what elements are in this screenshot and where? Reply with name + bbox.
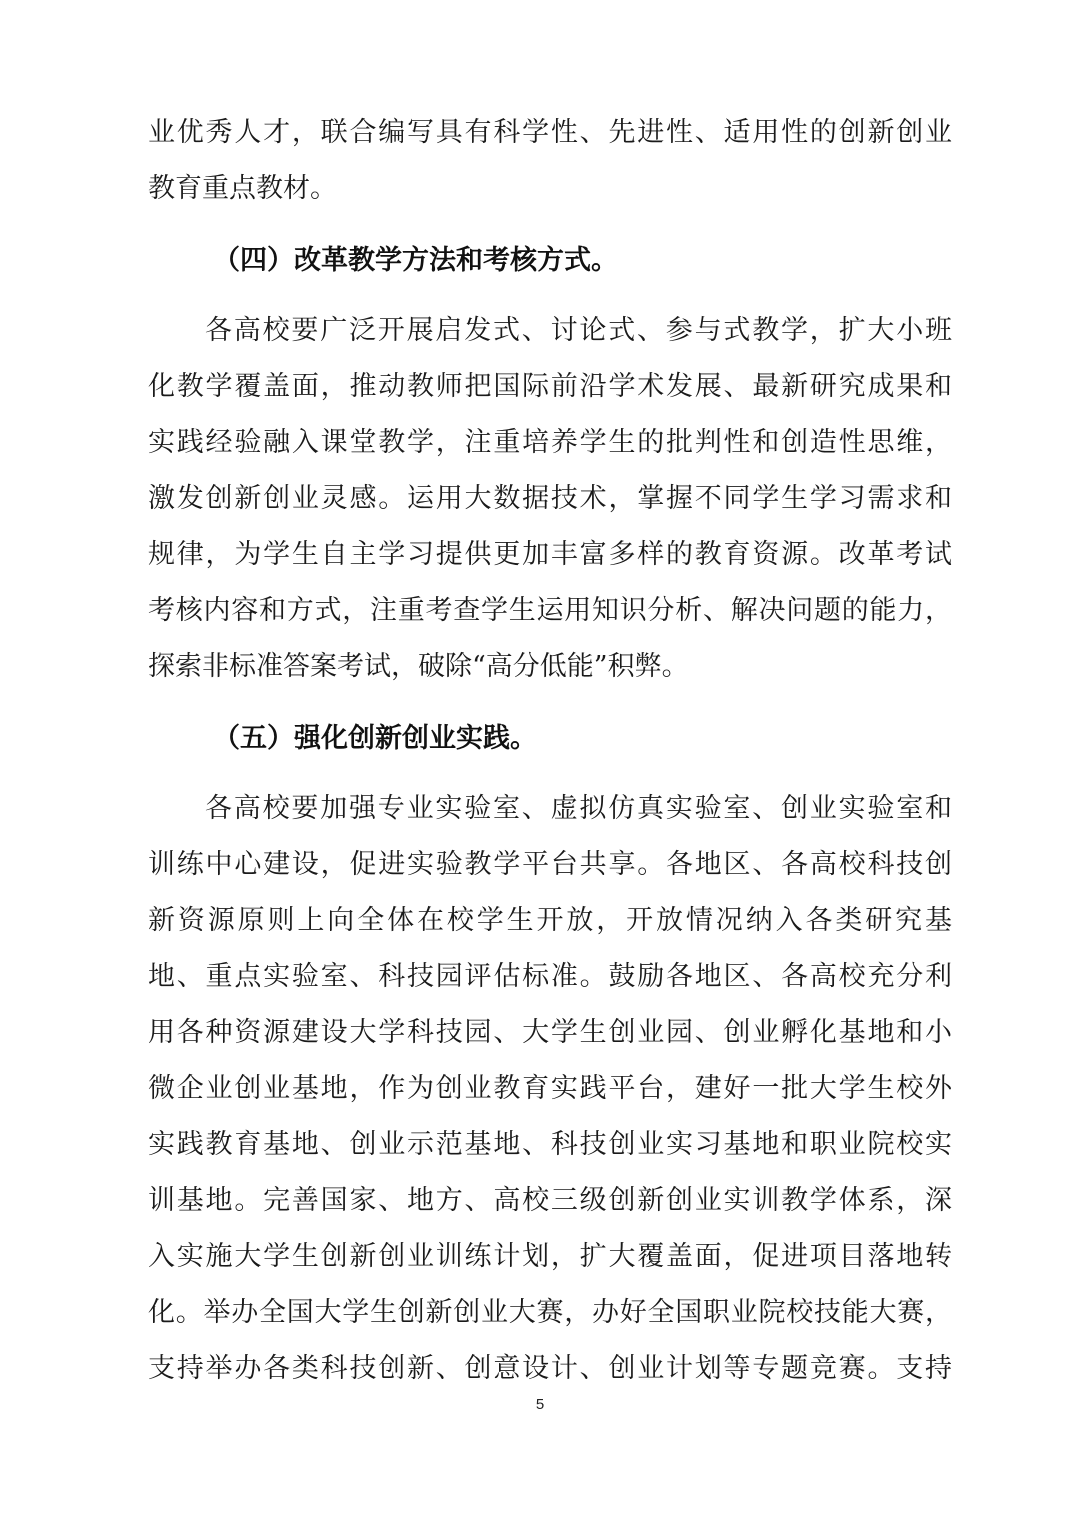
body-text-line: 实践教育基地、创业示范基地、科技创业实习基地和职业院校实 <box>148 1125 952 1165</box>
body-text-line: 考核内容和方式，注重考查学生运用知识分析、解决问题的能力， <box>148 591 952 631</box>
section-heading-5: （五）强化创新创业实践。 <box>213 719 537 759</box>
page-number: 5 <box>0 1394 1080 1416</box>
body-text-line: 入实施大学生创新创业训练计划，扩大覆盖面，促进项目落地转 <box>148 1237 952 1277</box>
body-text-line: 各高校要加强专业实验室、虚拟仿真实验室、创业实验室和 <box>205 789 952 829</box>
body-text-line: 支持举办各类科技创新、创意设计、创业计划等专题竞赛。支持 <box>148 1349 952 1389</box>
body-text-line: 各高校要广泛开展启发式、讨论式、参与式教学，扩大小班 <box>205 311 952 351</box>
body-text-line: 规律，为学生自主学习提供更加丰富多样的教育资源。改革考试 <box>148 535 952 575</box>
section-heading-4: （四）改革教学方法和考核方式。 <box>213 241 618 281</box>
body-text-line: 新资源原则上向全体在校学生开放，开放情况纳入各类研究基 <box>148 901 952 941</box>
body-text-line: 化。举办全国大学生创新创业大赛，办好全国职业院校技能大赛， <box>148 1293 952 1333</box>
body-text-line: 训练中心建设，促进实验教学平台共享。各地区、各高校科技创 <box>148 845 952 885</box>
body-text-line: 化教学覆盖面，推动教师把国际前沿学术发展、最新研究成果和 <box>148 367 952 407</box>
body-text-line: 实践经验融入课堂教学，注重培养学生的批判性和创造性思维， <box>148 423 952 463</box>
body-text-line: 训基地。完善国家、地方、高校三级创新创业实训教学体系，深 <box>148 1181 952 1221</box>
body-text-line: 激发创新创业灵感。运用大数据技术，掌握不同学生学习需求和 <box>148 479 952 519</box>
body-text-line: 教育重点教材。 <box>148 169 952 209</box>
body-text-line: 地、重点实验室、科技园评估标准。鼓励各地区、各高校充分利 <box>148 957 952 997</box>
body-text-line: 用各种资源建设大学科技园、大学生创业园、创业孵化基地和小 <box>148 1013 952 1053</box>
body-text-line: 业优秀人才，联合编写具有科学性、先进性、适用性的创新创业 <box>148 113 952 153</box>
body-text-line: 微企业创业基地，作为创业教育实践平台，建好一批大学生校外 <box>148 1069 952 1109</box>
body-text-line: 探索非标准答案考试，破除“高分低能”积弊。 <box>148 647 952 687</box>
